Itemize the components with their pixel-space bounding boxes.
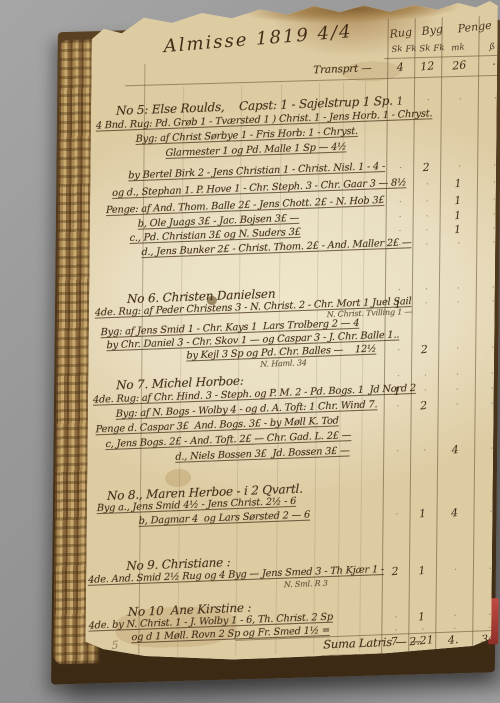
empty-cell-dot: · [425, 226, 428, 236]
ledger-line: N. Haml. 34 [260, 359, 307, 369]
value-cell: 1 [410, 563, 435, 578]
empty-cell-dot: · [423, 446, 426, 456]
empty-cell-dot: · [399, 181, 402, 191]
empty-cell-dot: · [488, 610, 491, 620]
value-cell: 4. [441, 632, 466, 647]
value-cell: 2 [414, 160, 439, 175]
empty-cell-dot: · [398, 286, 401, 296]
column-rule [472, 16, 480, 652]
value-cell: 1 [409, 609, 434, 624]
empty-cell-dot: · [456, 400, 459, 410]
value-cell: 2 [412, 342, 437, 357]
empty-cell-dot: · [456, 385, 459, 395]
empty-cell-dot: · [453, 611, 456, 621]
empty-cell-dot: · [399, 213, 402, 223]
empty-cell-dot: · [493, 161, 496, 171]
value-cell: 1 [385, 384, 410, 399]
subcolumn-header: Sk [419, 43, 431, 54]
value-cell: 4 [388, 59, 413, 74]
empty-cell-dot: · [493, 210, 496, 220]
empty-cell-dot: · [492, 283, 495, 293]
empty-cell-dot: · [454, 565, 457, 575]
empty-cell-dot: · [457, 298, 460, 308]
empty-cell-dot: · [489, 564, 492, 574]
empty-cell-dot: · [491, 343, 494, 353]
value-cell: 4 [442, 505, 467, 520]
value-cell: 2 [383, 564, 408, 579]
subcolumn-header: Fk [405, 44, 417, 55]
value-cell: 1 [445, 208, 470, 223]
empty-cell-dot: · [421, 625, 424, 635]
empty-cell-dot: · [456, 370, 459, 380]
ledger-page: Almisse 1819 4/4 5 Transprt — Suma Latri… [85, 0, 498, 664]
ledger-line: No 7. Michel Horboe: [116, 375, 244, 392]
value-cell: 1 [388, 94, 413, 109]
subcolumn-header: mk [451, 42, 465, 53]
value-cell: 2.21 [409, 633, 434, 648]
empty-cell-dot: · [394, 613, 397, 623]
empty-cell-dot: · [488, 623, 491, 633]
empty-cell-dot: · [492, 238, 495, 248]
empty-cell-dot: · [398, 241, 401, 251]
empty-cell-dot: · [426, 197, 429, 207]
empty-cell-dot: · [396, 447, 399, 457]
column-header-byg: Byg [421, 23, 443, 38]
empty-cell-dot: · [397, 402, 400, 412]
empty-cell-dot: · [394, 626, 397, 636]
empty-cell-dot: · [398, 227, 401, 237]
empty-cell-dot: · [491, 384, 494, 394]
empty-cell-dot: · [490, 444, 493, 454]
empty-cell-dot: · [426, 212, 429, 222]
empty-cell-dot: · [494, 94, 497, 104]
empty-cell-dot: · [424, 371, 427, 381]
empty-cell-dot: · [453, 624, 456, 634]
value-cell: 7 [382, 634, 407, 649]
empty-cell-dot: · [493, 178, 496, 188]
empty-cell-dot: · [397, 372, 400, 382]
ledger-line: N. Sml. R 3 [284, 580, 328, 590]
empty-cell-dot: · [425, 240, 428, 250]
empty-cell-dot: · [396, 510, 399, 520]
empty-cell-dot: · [493, 195, 496, 205]
empty-cell-dot: · [457, 239, 460, 249]
ledger-line: by Bertel Birk 2 - Jens Christian 1 - Ch… [128, 162, 385, 181]
empty-cell-dot: · [427, 96, 430, 106]
value-cell: 2 [411, 398, 436, 413]
empty-cell-dot: · [492, 297, 495, 307]
page-number-mark: 5 [111, 639, 118, 652]
value-cell: 26 [447, 58, 472, 73]
column-header-rug: Rug [389, 25, 412, 41]
empty-cell-dot: · [399, 198, 402, 208]
empty-cell-dot: · [457, 284, 460, 294]
value-cell: 1 [446, 176, 471, 191]
transport-label: Transprt — [313, 63, 371, 76]
empty-cell-dot: · [425, 285, 428, 295]
empty-cell-dot: · [492, 224, 495, 234]
empty-cell-dot: · [425, 299, 428, 309]
value-cell: 4 [443, 442, 468, 457]
empty-cell-dot: · [397, 346, 400, 356]
ledger-line: d., Niels Bossen 3£ Jd. Bossen 3£ — [175, 446, 349, 462]
value-cell: 1 [445, 222, 470, 237]
value-cell: 1 [410, 506, 435, 521]
empty-cell-dot: · [491, 399, 494, 409]
ledger-line: b, Dagmar 4 og Lars Sørsted 2 — 6 [139, 511, 310, 527]
empty-cell-dot: · [491, 369, 494, 379]
photo-background: Almisse 1819 4/4 5 Transprt — Suma Latri… [0, 0, 500, 703]
subcolumn-header: Fk [433, 43, 445, 54]
empty-cell-dot: · [459, 95, 462, 105]
empty-cell-dot: · [426, 180, 429, 190]
empty-cell-dot: · [424, 386, 427, 396]
value-cell: 12 [415, 59, 440, 74]
value-cell: 1 [445, 193, 470, 208]
empty-cell-dot: · [458, 162, 461, 172]
empty-cell-dot: · [399, 164, 402, 174]
subcolumn-header: ß [489, 42, 495, 53]
ledger-book: Almisse 1819 4/4 5 Transprt — Suma Latri… [53, 0, 498, 675]
subcolumn-header: Sk [391, 44, 403, 55]
column-header-penge: Penge [457, 19, 492, 36]
column-rule [435, 17, 443, 653]
empty-cell-dot: · [489, 507, 492, 517]
empty-cell-dot: · [456, 344, 459, 354]
